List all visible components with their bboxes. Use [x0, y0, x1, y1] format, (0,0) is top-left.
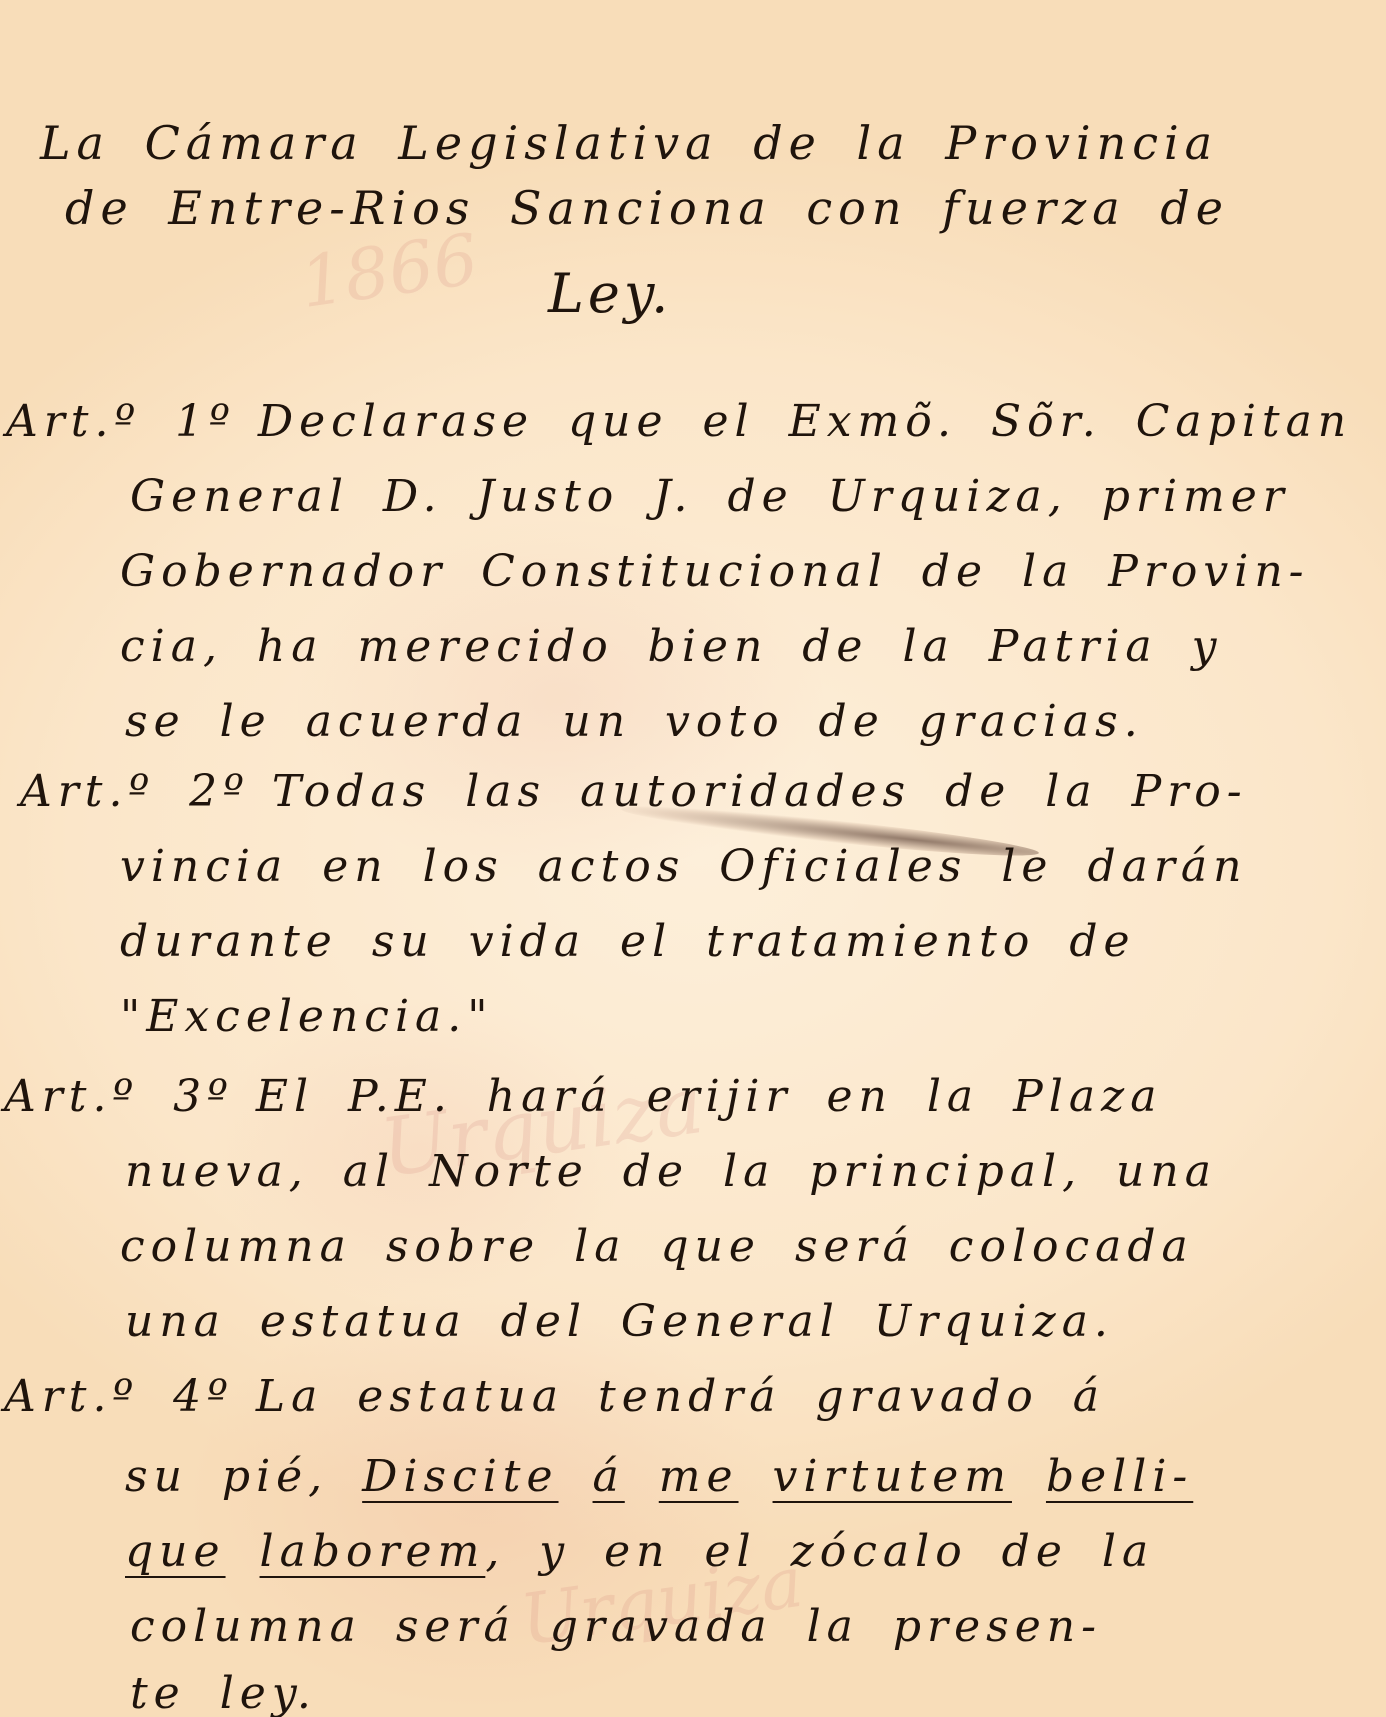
line-prefix: su pié, — [125, 1451, 362, 1502]
article-1-line-4: cia, ha merecido bien de la Patria y — [120, 625, 1222, 669]
article-3-label: Art.º 3º — [4, 1075, 234, 1119]
article-1-line-5: se le acuerda un voto de gracias. — [125, 700, 1144, 744]
article-4-line-2: su pié, Discite á me virtutem belli- — [125, 1455, 1193, 1499]
article-1-line-1: Art.º 1ºDeclarase que el Exmõ. Sõr. Capi… — [6, 400, 1352, 444]
article-1-label: Art.º 1º — [6, 400, 236, 444]
latin-word-belli: belli- — [1046, 1451, 1193, 1502]
article-2-text: Todas las autoridades de la Pro- — [272, 766, 1248, 817]
latin-word-virtutem: virtutem — [773, 1451, 1012, 1502]
document-page: 1866 Urquiza Urquiza La Cámara Legislati… — [0, 0, 1386, 1717]
law-heading: Ley. — [548, 262, 672, 325]
article-4-label: Art.º 4º — [4, 1375, 234, 1419]
article-4-line-3: que laborem, y en el zócalo de la — [125, 1530, 1154, 1574]
article-2-label: Art.º 2º — [20, 770, 250, 814]
article-1-line-2: General D. Justo J. de Urquiza, primer — [130, 475, 1290, 519]
article-3-line-4: una estatua del General Urquiza. — [125, 1300, 1114, 1344]
latin-word-me: me — [659, 1451, 739, 1502]
article-4-line-4: columna será gravada la presen- — [130, 1605, 1102, 1649]
article-3-line-3: columna sobre la que será colocada — [120, 1225, 1194, 1269]
latin-word-discite: Discite — [362, 1451, 558, 1502]
line-rest: , y en el zócalo de la — [485, 1526, 1154, 1577]
article-4-line-5: te ley. — [130, 1672, 317, 1716]
preamble-line-1: La Cámara Legislativa de la Provincia — [40, 120, 1218, 166]
latin-word-que: que — [125, 1526, 226, 1577]
article-3-line-2: nueva, al Norte de la principal, una — [125, 1150, 1217, 1194]
article-3-text: El P.E. hará erijir en la Plaza — [256, 1071, 1163, 1122]
article-2-line-4: "Excelencia." — [120, 995, 493, 1039]
article-4-text: La estatua tendrá gravado á — [256, 1371, 1105, 1422]
latin-word-a: á — [593, 1451, 625, 1502]
article-4-line-1: Art.º 4ºLa estatua tendrá gravado á — [4, 1375, 1105, 1419]
article-2-line-3: durante su vida el tratamiento de — [120, 920, 1136, 964]
preamble-line-2: de Entre-Rios Sanciona con fuerza de — [65, 185, 1229, 231]
article-1-text: Declarase que el Exmõ. Sõr. Capitan — [258, 396, 1352, 447]
latin-word-laborem: laborem — [260, 1526, 486, 1577]
article-1-line-3: Gobernador Constitucional de la Provin- — [120, 550, 1310, 594]
article-3-line-1: Art.º 3ºEl P.E. hará erijir en la Plaza — [4, 1075, 1162, 1119]
article-2-line-2: vincia en los actos Oficiales le darán — [120, 845, 1247, 889]
